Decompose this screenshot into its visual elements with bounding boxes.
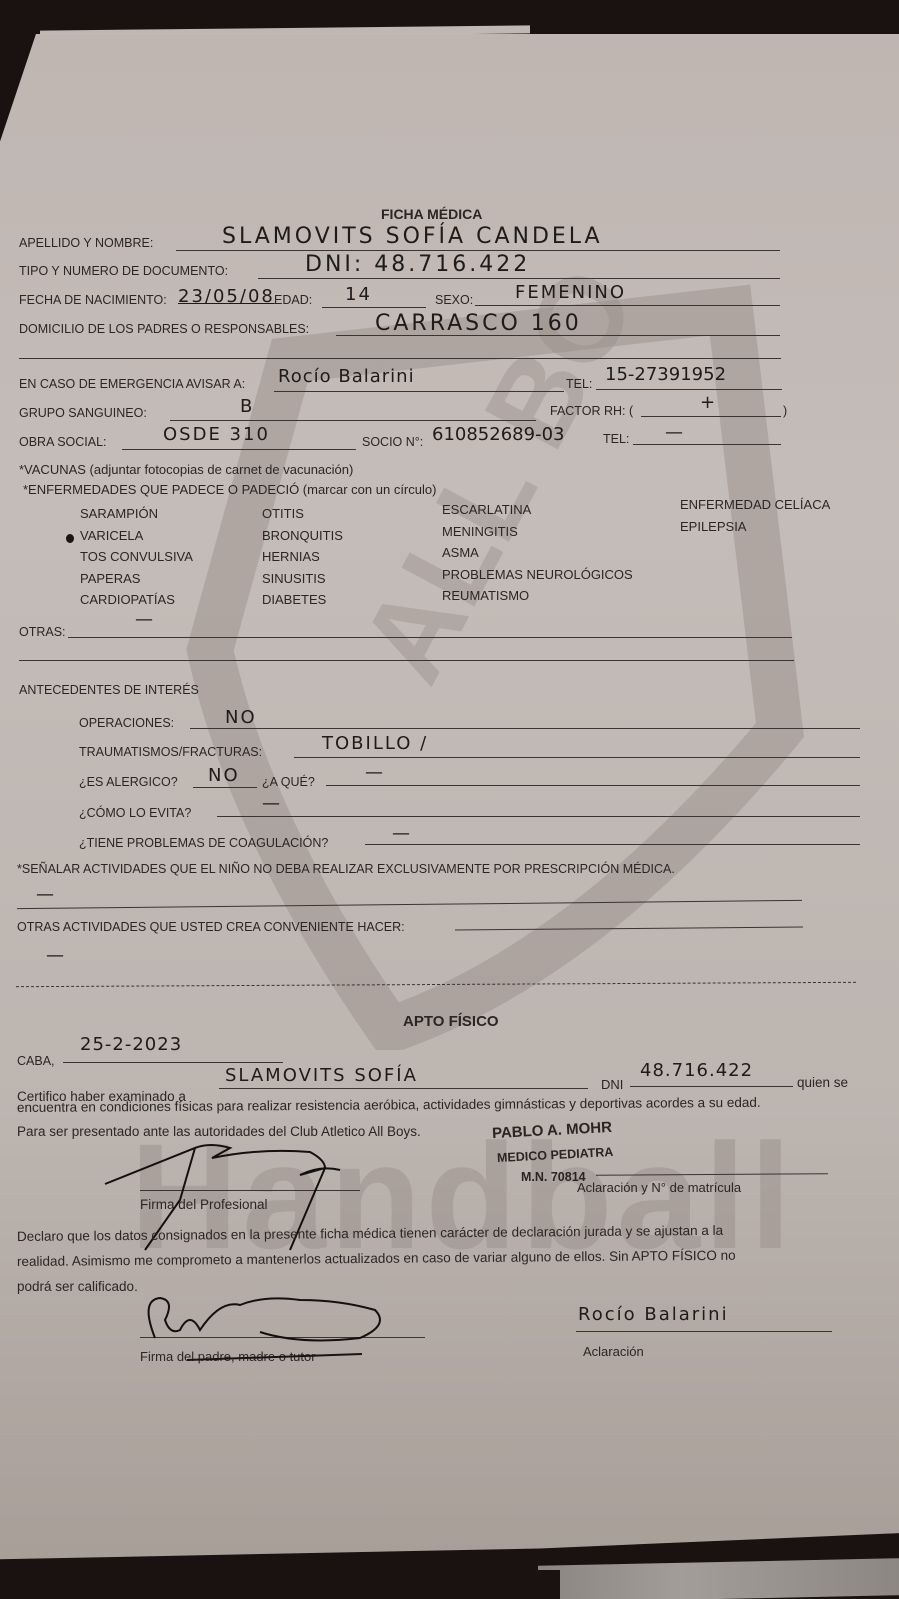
- disease-option[interactable]: TOS CONVULSIVA: [80, 549, 193, 564]
- background-dark: [0, 1570, 560, 1599]
- emergency-contact-field[interactable]: Rocío Balarini: [278, 366, 415, 387]
- disease-option[interactable]: VARICELA: [80, 528, 143, 543]
- dni-label: DNI: [601, 1077, 623, 1092]
- marble-surface: [538, 1558, 899, 1599]
- name-field[interactable]: SLAMOVITS SOFÍA CANDELA: [222, 224, 603, 249]
- disease-option[interactable]: PAPERAS: [80, 571, 140, 586]
- disease-option[interactable]: SARAMPIÓN: [80, 506, 158, 521]
- insurance-field[interactable]: OSDE 310: [163, 424, 270, 445]
- age-field[interactable]: 14: [345, 284, 372, 305]
- trauma-label: TRAUMATISMOS/FRACTURAS:: [79, 745, 262, 759]
- member-number-label: SOCIO N°:: [362, 435, 423, 449]
- vaccines-note: *VACUNAS (adjuntar fotocopias de carnet …: [19, 462, 353, 477]
- disease-option[interactable]: ASMA: [442, 545, 479, 560]
- tel-label: TEL:: [566, 377, 592, 391]
- disease-option[interactable]: OTITIS: [262, 506, 304, 521]
- restrictions-label: *SEÑALAR ACTIVIDADES QUE EL NIÑO NO DEBA…: [17, 862, 675, 876]
- disease-option[interactable]: EPILEPSIA: [680, 519, 746, 534]
- coagulation-field[interactable]: —: [392, 823, 412, 844]
- disease-option[interactable]: HERNIAS: [262, 549, 320, 564]
- tel2-field[interactable]: —: [665, 422, 685, 443]
- tel2-label: TEL:: [603, 432, 629, 446]
- emergency-label: EN CASO DE EMERGENCIA AVISAR A:: [19, 377, 245, 391]
- rh-close: ): [783, 404, 787, 418]
- blood-group-field[interactable]: B: [240, 396, 254, 417]
- coagulation-label: ¿TIENE PROBLEMAS DE COAGULACIÓN?: [79, 836, 328, 850]
- avoid-label: ¿CÓMO LO EVITA?: [79, 806, 191, 820]
- parent-signature: [140, 1290, 400, 1350]
- operations-label: OPERACIONES:: [79, 716, 174, 730]
- exam-date-field[interactable]: 25-2-2023: [80, 1034, 182, 1055]
- other-activities-label: OTRAS ACTIVIDADES QUE USTED CREA CONVENI…: [17, 920, 405, 934]
- disease-option[interactable]: DIABETES: [262, 592, 326, 607]
- cert-line-3: Para ser presentado ante las autoridades…: [17, 1124, 421, 1139]
- member-number-field[interactable]: 610852689-03: [432, 424, 564, 445]
- clarification-label: Aclaración: [583, 1344, 644, 1359]
- city-label: CABA,: [17, 1054, 55, 1068]
- examined-dni-field[interactable]: 48.716.422: [640, 1060, 753, 1081]
- disease-option[interactable]: ESCARLATINA: [442, 502, 531, 517]
- examined-name-field[interactable]: SLAMOVITS SOFÍA: [225, 1065, 418, 1086]
- address-label: DOMICILIO DE LOS PADRES O RESPONSABLES:: [19, 322, 309, 336]
- document-field[interactable]: DNI: 48.716.422: [305, 252, 530, 277]
- other-activities-field[interactable]: —: [46, 945, 66, 966]
- emergency-tel-field[interactable]: 15-27391952: [605, 364, 726, 385]
- others-field[interactable]: —: [135, 609, 155, 630]
- disease-option[interactable]: BRONQUITIS: [262, 528, 343, 543]
- disease-option[interactable]: SINUSITIS: [262, 571, 326, 586]
- to-what-label: ¿A QUÉ?: [262, 775, 315, 789]
- avoid-field[interactable]: —: [262, 793, 282, 814]
- allergic-label: ¿ES ALERGICO?: [79, 775, 178, 789]
- disease-option[interactable]: REUMATISMO: [442, 588, 529, 603]
- sex-label: SEXO:: [435, 293, 473, 307]
- rh-factor-label: FACTOR RH: (: [550, 404, 633, 418]
- form-title: FICHA MÉDICA: [381, 206, 482, 222]
- insurance-label: OBRA SOCIAL:: [19, 435, 107, 449]
- history-title: ANTECEDENTES DE INTERÉS: [19, 683, 199, 697]
- operations-field[interactable]: NO: [225, 707, 257, 728]
- allergic-field[interactable]: NO: [208, 765, 240, 786]
- document-label: TIPO Y NUMERO DE DOCUMENTO:: [19, 264, 228, 278]
- disease-option[interactable]: MENINGITIS: [442, 524, 518, 539]
- birth-date-field[interactable]: 23/05/08: [178, 286, 275, 307]
- declaration-line-3: podrá ser calificado.: [17, 1279, 138, 1294]
- age-label: EDAD:: [274, 293, 312, 307]
- apto-title: APTO FÍSICO: [403, 1013, 499, 1030]
- rh-factor-field[interactable]: +: [700, 392, 717, 413]
- trauma-field[interactable]: TOBILLO /: [322, 733, 428, 754]
- birth-date-label: FECHA DE NACIMIENTO:: [19, 293, 167, 307]
- disease-option[interactable]: CARDIOPATÍAS: [80, 592, 175, 607]
- disease-option[interactable]: PROBLEMAS NEUROLÓGICOS: [442, 567, 633, 582]
- address-field[interactable]: CARRASCO 160: [375, 311, 582, 336]
- to-what-field[interactable]: —: [365, 762, 385, 783]
- restrictions-field[interactable]: —: [36, 884, 56, 905]
- blood-group-label: GRUPO SANGUINEO:: [19, 406, 147, 420]
- diseases-note: *ENFERMEDADES QUE PADECE O PADECIÓ (marc…: [23, 482, 436, 497]
- varicela-mark: [66, 534, 74, 543]
- others-label: OTRAS:: [19, 625, 66, 639]
- clarification-registration-label: Aclaración y N° de matrícula: [577, 1180, 741, 1195]
- doctor-stamp-mn: M.N. 70814: [521, 1170, 586, 1184]
- cert-suffix: quien se: [797, 1075, 848, 1090]
- sex-field[interactable]: FEMENINO: [515, 282, 626, 303]
- disease-option[interactable]: ENFERMEDAD CELÍACA: [680, 497, 830, 512]
- name-label: APELLIDO Y NOMBRE:: [19, 236, 153, 250]
- parent-clarification-field[interactable]: Rocío Balarini: [578, 1304, 729, 1325]
